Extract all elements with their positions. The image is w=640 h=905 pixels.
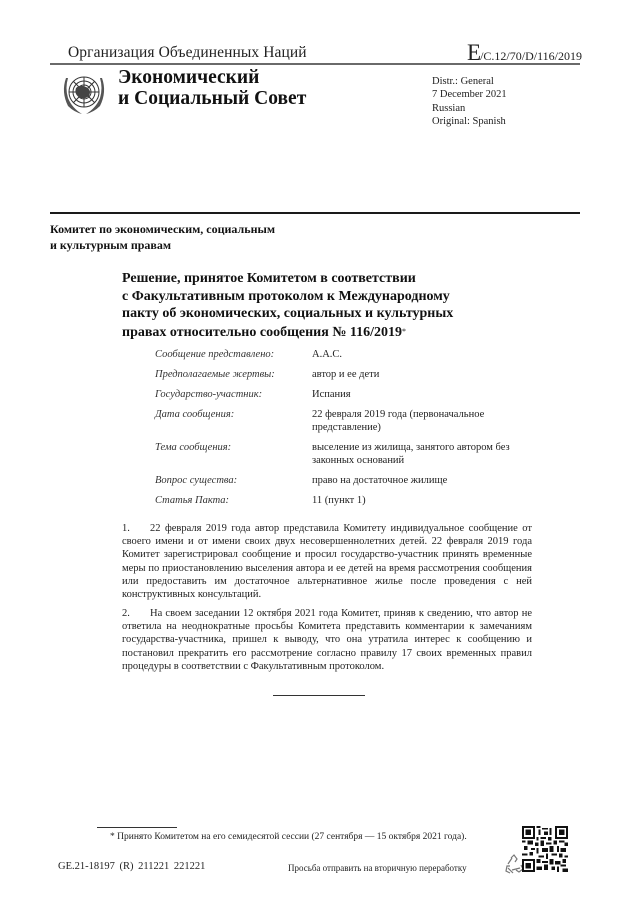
paragraph-text: 22 февраля 2019 года автор представила К… [122,523,532,600]
title-line-text: правах относительно сообщения № 116/2019 [122,325,402,340]
council-line-1: Экономический [118,67,306,88]
metadata-row: Государство-участник: Испания [155,388,535,401]
paragraph-text: На своем заседании 12 октября 2021 года … [122,608,532,672]
metadata-row: Статья Пакта: 11 (пункт 1) [155,494,535,507]
paragraph-1: 1.22 февраля 2019 года автор представила… [122,522,532,601]
communication-metadata: Сообщение представлено: А.А.С. Предполаг… [155,348,535,514]
end-rule [273,695,365,696]
title-line: Решение, принятое Комитетом в соответств… [122,270,542,288]
header-rule [50,63,580,65]
metadata-row: Вопрос существа: право на достаточное жи… [155,474,535,487]
paragraph-2: 2.На своем заседании 12 октября 2021 год… [122,607,532,673]
job-number: GE.21-18197 (R) 211221 221221 [58,861,205,872]
metadata-label: Дата сообщения: [155,408,312,434]
metadata-label: Статья Пакта: [155,494,312,507]
metadata-value: 22 февраля 2019 года (первоначальное пре… [312,408,535,434]
metadata-label: Тема сообщения: [155,441,312,467]
distribution-block: Distr.: General 7 December 2021 Russian … [432,75,507,128]
title-line: правах относительно сообщения № 116/2019… [122,323,542,342]
metadata-row: Предполагаемые жертвы: автор и ее дети [155,368,535,381]
qr-code-icon[interactable] [522,826,568,872]
footnote-mark[interactable]: * [402,327,406,336]
footnote-rule [97,827,177,828]
metadata-row: Дата сообщения: 22 февраля 2019 года (пе… [155,408,535,434]
metadata-value: 11 (пункт 1) [312,494,535,507]
section-rule [50,212,580,214]
distribution-language: Russian [432,102,507,115]
metadata-row: Сообщение представлено: А.А.С. [155,348,535,361]
council-line-2: и Социальный Совет [118,88,306,109]
committee-line-1: Комитет по экономическим, социальным [50,222,275,238]
title-line: пакту об экономических, социальных и кул… [122,305,542,323]
metadata-value: Испания [312,388,535,401]
metadata-label: Сообщение представлено: [155,348,312,361]
metadata-row: Тема сообщения: выселение из жилища, зан… [155,441,535,467]
metadata-value: автор и ее дети [312,368,535,381]
symbol-rest: /C.12/70/D/116/2019 [480,49,582,63]
paragraph-number: 2. [122,607,150,620]
paragraph-number: 1. [122,522,150,535]
metadata-label: Предполагаемые жертвы: [155,368,312,381]
recycle-text: Просьба отправить на вторичную переработ… [288,863,467,873]
distribution-date: 7 December 2021 [432,88,507,101]
committee-name: Комитет по экономическим, социальным и к… [50,222,275,253]
metadata-label: Вопрос существа: [155,474,312,487]
metadata-value: А.А.С. [312,348,535,361]
organization-name: Организация Объединенных Наций [68,44,307,62]
footnote: * Принято Комитетом на его семидесятой с… [110,832,467,842]
metadata-value: выселение из жилища, занятого автором бе… [312,441,535,467]
document-title: Решение, принятое Комитетом в соответств… [122,270,542,341]
distribution-line: Distr.: General [432,75,507,88]
council-name: Экономический и Социальный Совет [118,67,306,109]
committee-line-2: и культурным правам [50,238,275,254]
distribution-original: Original: Spanish [432,115,507,128]
symbol-prefix: E [467,40,480,65]
un-emblem-icon [58,68,110,118]
metadata-value: право на достаточное жилище [312,474,535,487]
metadata-label: Государство-участник: [155,388,312,401]
title-line: с Факультативным протоколом к Международ… [122,288,542,306]
